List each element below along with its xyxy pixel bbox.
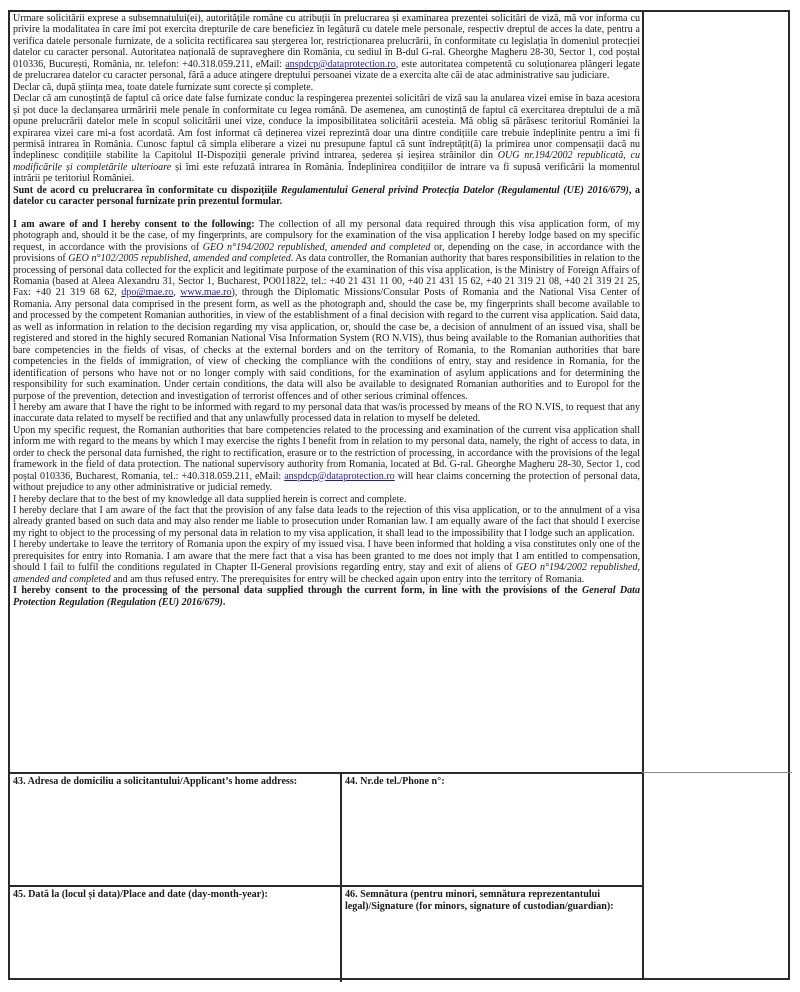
visa-form-page: Urmare solicitării exprese a subsemnatul…: [8, 10, 790, 980]
ro-gdpr-consent: Sunt de acord cu prelucrarea în conformi…: [13, 185, 640, 208]
home-address-field[interactable]: 43. Adresa de domiciliu a solicitantului…: [10, 774, 340, 885]
en-gdpr-consent: I hereby consent to the processing of th…: [13, 585, 640, 608]
place-date-label: 45. Dată la (locul și data)/Place and da…: [13, 889, 337, 901]
place-date-field[interactable]: 45. Dată la (locul și data)/Place and da…: [10, 887, 340, 980]
ro-declaration-false-data: Declar că am cunoștință de faptul că ori…: [13, 93, 640, 185]
en-right-informed: I hereby am aware that I have the right …: [13, 402, 640, 425]
ro-declaration-correct: Declar că, după știința mea, toate datel…: [13, 82, 640, 93]
en-declaration-false-data: I hereby declare that I am aware of the …: [13, 505, 640, 539]
en-declaration-correct: I hereby declare that to the best of my …: [13, 494, 640, 505]
phone-number-label: 44. Nr.de tel./Phone n°:: [345, 776, 639, 788]
signature-label: 46. Semnătura (pentru minori, semnătura …: [345, 889, 639, 913]
ro-rights-paragraph: Urmare solicitării exprese a subsemnatul…: [13, 13, 640, 82]
anspdcp-email-link[interactable]: anspdcp@dataprotection.ro: [285, 59, 396, 70]
consent-text-block: Urmare solicitării exprese a subsemnatul…: [13, 13, 640, 768]
office-use-column: [644, 12, 790, 978]
phone-number-field[interactable]: 44. Nr.de tel./Phone n°:: [342, 774, 642, 885]
home-address-label: 43. Adresa de domiciliu a solicitantului…: [13, 776, 337, 788]
divider: [642, 772, 792, 773]
en-rights-request: Upon my specific request, the Romanian a…: [13, 425, 640, 494]
en-undertake-leave: I hereby undertake to leave the territor…: [13, 539, 640, 585]
anspdcp-email-link-en[interactable]: anspdcp@dataprotection.ro: [284, 471, 395, 482]
en-consent-paragraph: I am aware of and I hereby consent to th…: [13, 219, 640, 402]
mae-website-link[interactable]: www.mae.ro: [180, 287, 231, 298]
signature-field[interactable]: 46. Semnătura (pentru minori, semnătura …: [342, 887, 642, 980]
dpo-email-link[interactable]: dpo@mae.ro: [121, 287, 173, 298]
spacer: [13, 208, 640, 219]
